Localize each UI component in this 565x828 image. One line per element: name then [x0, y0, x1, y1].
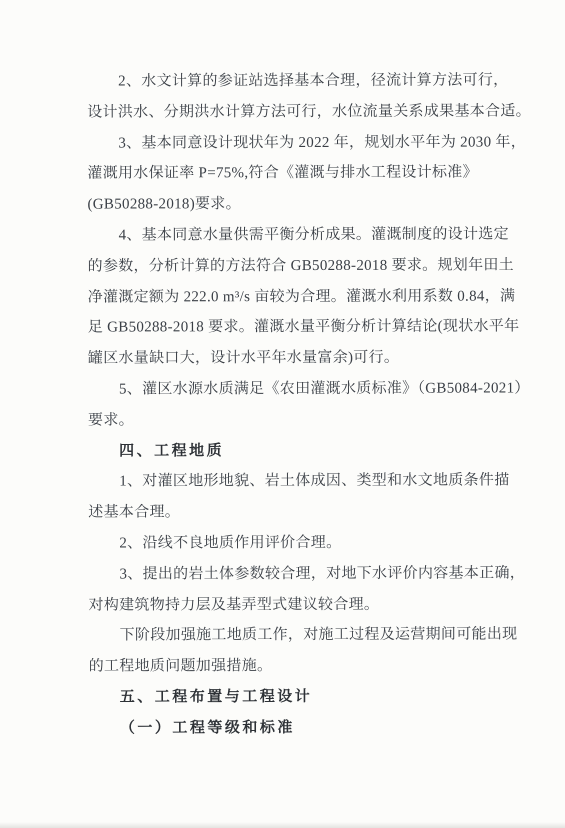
scanned-document-page: 2、水文计算的参证站选择基本合理，径流计算方法可行，设计洪水、分期洪水计算方法可… [0, 0, 565, 828]
paragraph: 3、提出的岩土体参数较合理，对地下水评价内容基本正确，对构建筑物持力层及基弄型式… [88, 558, 530, 621]
text-line: 3、基本同意设计现状年为 2022 年，规划水平年为 2030 年， [87, 127, 529, 159]
text-line: 足 GB50288-2018 要求。灌溉水量平衡分析计算结论(现状水平年 [88, 312, 530, 344]
text-line: 对构建筑物持力层及基弄型式建议较合理。 [88, 589, 530, 621]
text-line: 的参数，分析计算的方法符合 GB50288-2018 要求。规划年田土 [88, 250, 530, 282]
text-line: 净灌溉定额为 222.0 m³/s 亩较为合理。灌溉水利用系数 0.84，满 [88, 281, 530, 313]
text-line: 述基本合理。 [88, 497, 530, 529]
text-line: 罐区水量缺口大，设计水平年水量富余)可行。 [88, 343, 530, 375]
text-line: 3、提出的岩土体参数较合理，对地下水评价内容基本正确， [88, 558, 530, 590]
text-line: 2、水文计算的参证站选择基本合理，径流计算方法可行， [87, 65, 529, 97]
text-line: 2、沿线不良地质作用评价合理。 [88, 527, 530, 559]
paragraph: 4、基本同意水量供需平衡分析成果。灌溉制度的设计选定的参数，分析计算的方法符合 … [88, 219, 530, 374]
text-line: 五、工程布置与工程设计 [89, 681, 531, 713]
text-line: 1、对灌区地形地貌、岩土体成因、类型和水文地质条件描 [88, 466, 530, 498]
paragraph: 5、灌区水源水质满足《农田灌溉水质标准》（GB5084-2021）要求。 [88, 373, 530, 436]
text-line: 四、工程地质 [88, 435, 530, 467]
text-line: （一）工程等级和标准 [89, 712, 531, 744]
paragraph: 2、沿线不良地质作用评价合理。 [88, 527, 530, 559]
paragraph: 2、水文计算的参证站选择基本合理，径流计算方法可行，设计洪水、分期洪水计算方法可… [87, 65, 529, 128]
document-body: 2、水文计算的参证站选择基本合理，径流计算方法可行，设计洪水、分期洪水计算方法可… [87, 65, 531, 744]
paragraph: 下阶段加强施工地质工作，对施工过程及运营期间可能出现的工程地质问题加强措施。 [89, 620, 531, 683]
text-line: 要求。 [88, 404, 530, 436]
section-heading: （一）工程等级和标准 [89, 712, 531, 744]
text-line: 4、基本同意水量供需平衡分析成果。灌溉制度的设计选定 [88, 219, 530, 251]
section-heading: 四、工程地质 [88, 435, 530, 467]
paragraph: 3、基本同意设计现状年为 2022 年，规划水平年为 2030 年，灌溉用水保证… [87, 127, 529, 221]
section-heading: 五、工程布置与工程设计 [89, 681, 531, 713]
text-line: (GB50288-2018)要求。 [87, 189, 529, 221]
text-line: 5、灌区水源水质满足《农田灌溉水质标准》（GB5084-2021） [88, 373, 530, 405]
text-line: 下阶段加强施工地质工作，对施工过程及运营期间可能出现 [89, 620, 531, 652]
text-line: 灌溉用水保证率 P=75%,符合《灌溉与排水工程设计标准》 [87, 158, 529, 190]
text-line: 设计洪水、分期洪水计算方法可行，水位流量关系成果基本合适。 [87, 96, 529, 128]
paragraph: 1、对灌区地形地貌、岩土体成因、类型和水文地质条件描述基本合理。 [88, 466, 530, 529]
page-bottom-edge-shadow [0, 822, 565, 828]
text-line: 的工程地质问题加强措施。 [89, 651, 531, 683]
